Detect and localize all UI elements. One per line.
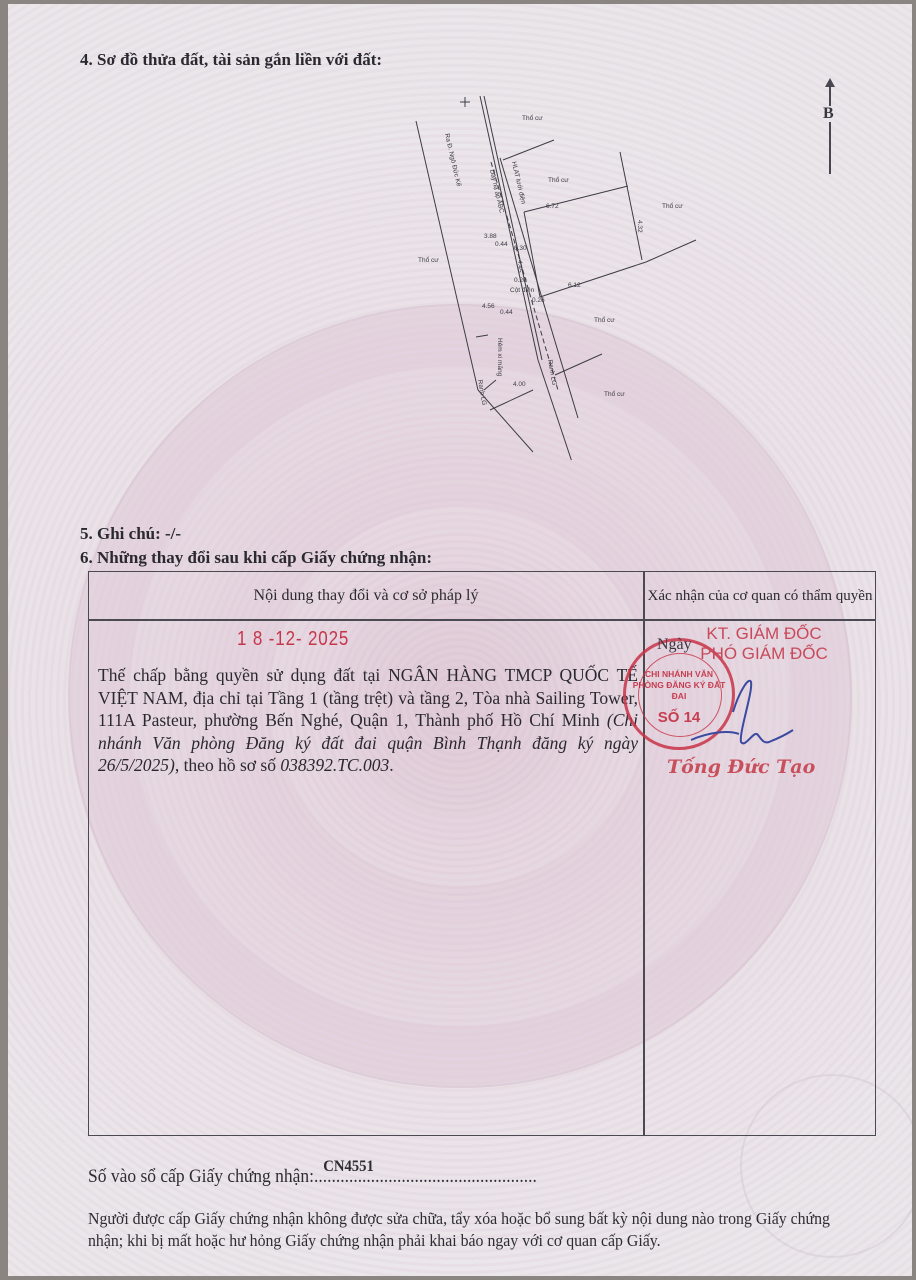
registry-number-line: Số vào sổ cấp Giấy chứng nhận:..........… <box>88 1166 537 1188</box>
section-6-heading: 6. Những thay đổi sau khi cấp Giấy chứng… <box>80 548 432 568</box>
svg-text:Thổ cư: Thổ cư <box>418 256 439 264</box>
column-header-confirmation: Xác nhận của cơ quan có thẩm quyền <box>645 574 875 619</box>
svg-text:4.56: 4.56 <box>482 303 495 310</box>
svg-text:Ranh LG: Ranh LG <box>476 379 487 406</box>
section-5-heading: 5. Ghi chú: -/- <box>80 524 181 544</box>
svg-text:4.00: 4.00 <box>513 381 526 388</box>
svg-text:4.32: 4.32 <box>636 220 643 233</box>
section-4-heading: 4. Sơ đồ thửa đất, tài sản gắn liền với … <box>80 50 382 70</box>
svg-text:Thổ cư: Thổ cư <box>522 114 543 122</box>
svg-text:Ra Đ. Ngô Đức Kế: Ra Đ. Ngô Đức Kế <box>443 132 464 187</box>
svg-text:0.26: 0.26 <box>532 297 545 304</box>
svg-text:Thổ cư: Thổ cư <box>548 176 569 184</box>
footer-notice: Người được cấp Giấy chứng nhận không đượ… <box>88 1208 837 1252</box>
svg-text:Thổ cư: Thổ cư <box>662 202 683 210</box>
svg-text:6.72: 6.72 <box>546 203 559 210</box>
svg-text:0.44: 0.44 <box>495 241 508 248</box>
svg-text:Hẻm xi măng: Hẻm xi măng <box>496 338 503 377</box>
svg-text:Cột điện: Cột điện <box>510 287 535 294</box>
north-arrow-icon: B <box>820 80 840 174</box>
certificate-page: 4. Sơ đồ thửa đất, tài sản gắn liền với … <box>8 4 912 1276</box>
svg-text:0.20: 0.20 <box>514 277 527 284</box>
signature-icon <box>689 672 809 752</box>
svg-text:Thổ cư: Thổ cư <box>604 390 625 398</box>
date-stamp: 1 8 -12- 2025 <box>237 628 349 651</box>
column-header-content: Nội dung thay đổi và cơ sở pháp lý <box>89 572 643 619</box>
svg-text:0.30: 0.30 <box>514 245 527 252</box>
svg-text:3.88: 3.88 <box>484 233 497 240</box>
change-entry-text: Thế chấp bằng quyền sử dụng đất tại NGÂN… <box>98 664 638 777</box>
changes-table: Nội dung thay đổi và cơ sở pháp lý Xác n… <box>88 571 876 1136</box>
signer-name: Tống Đức Tạo <box>667 756 815 778</box>
svg-text:4.45: 4.45 <box>516 260 523 273</box>
svg-text:Thổ cư: Thổ cư <box>594 316 615 324</box>
svg-text:6.12: 6.12 <box>568 282 581 289</box>
land-plot-diagram: Thổ cư Thổ cư Thổ cư Thổ cư Thổ cư Thổ c… <box>388 90 708 460</box>
svg-text:Ranh LG: Ranh LG <box>546 359 557 386</box>
svg-text:Dây hạ áp ABC: Dây hạ áp ABC <box>488 169 505 214</box>
svg-text:0.44: 0.44 <box>500 309 513 316</box>
registry-number: CN4551 <box>323 1158 374 1176</box>
signer-title: KT. GIÁM ĐỐC PHÓ GIÁM ĐỐC <box>679 624 849 664</box>
